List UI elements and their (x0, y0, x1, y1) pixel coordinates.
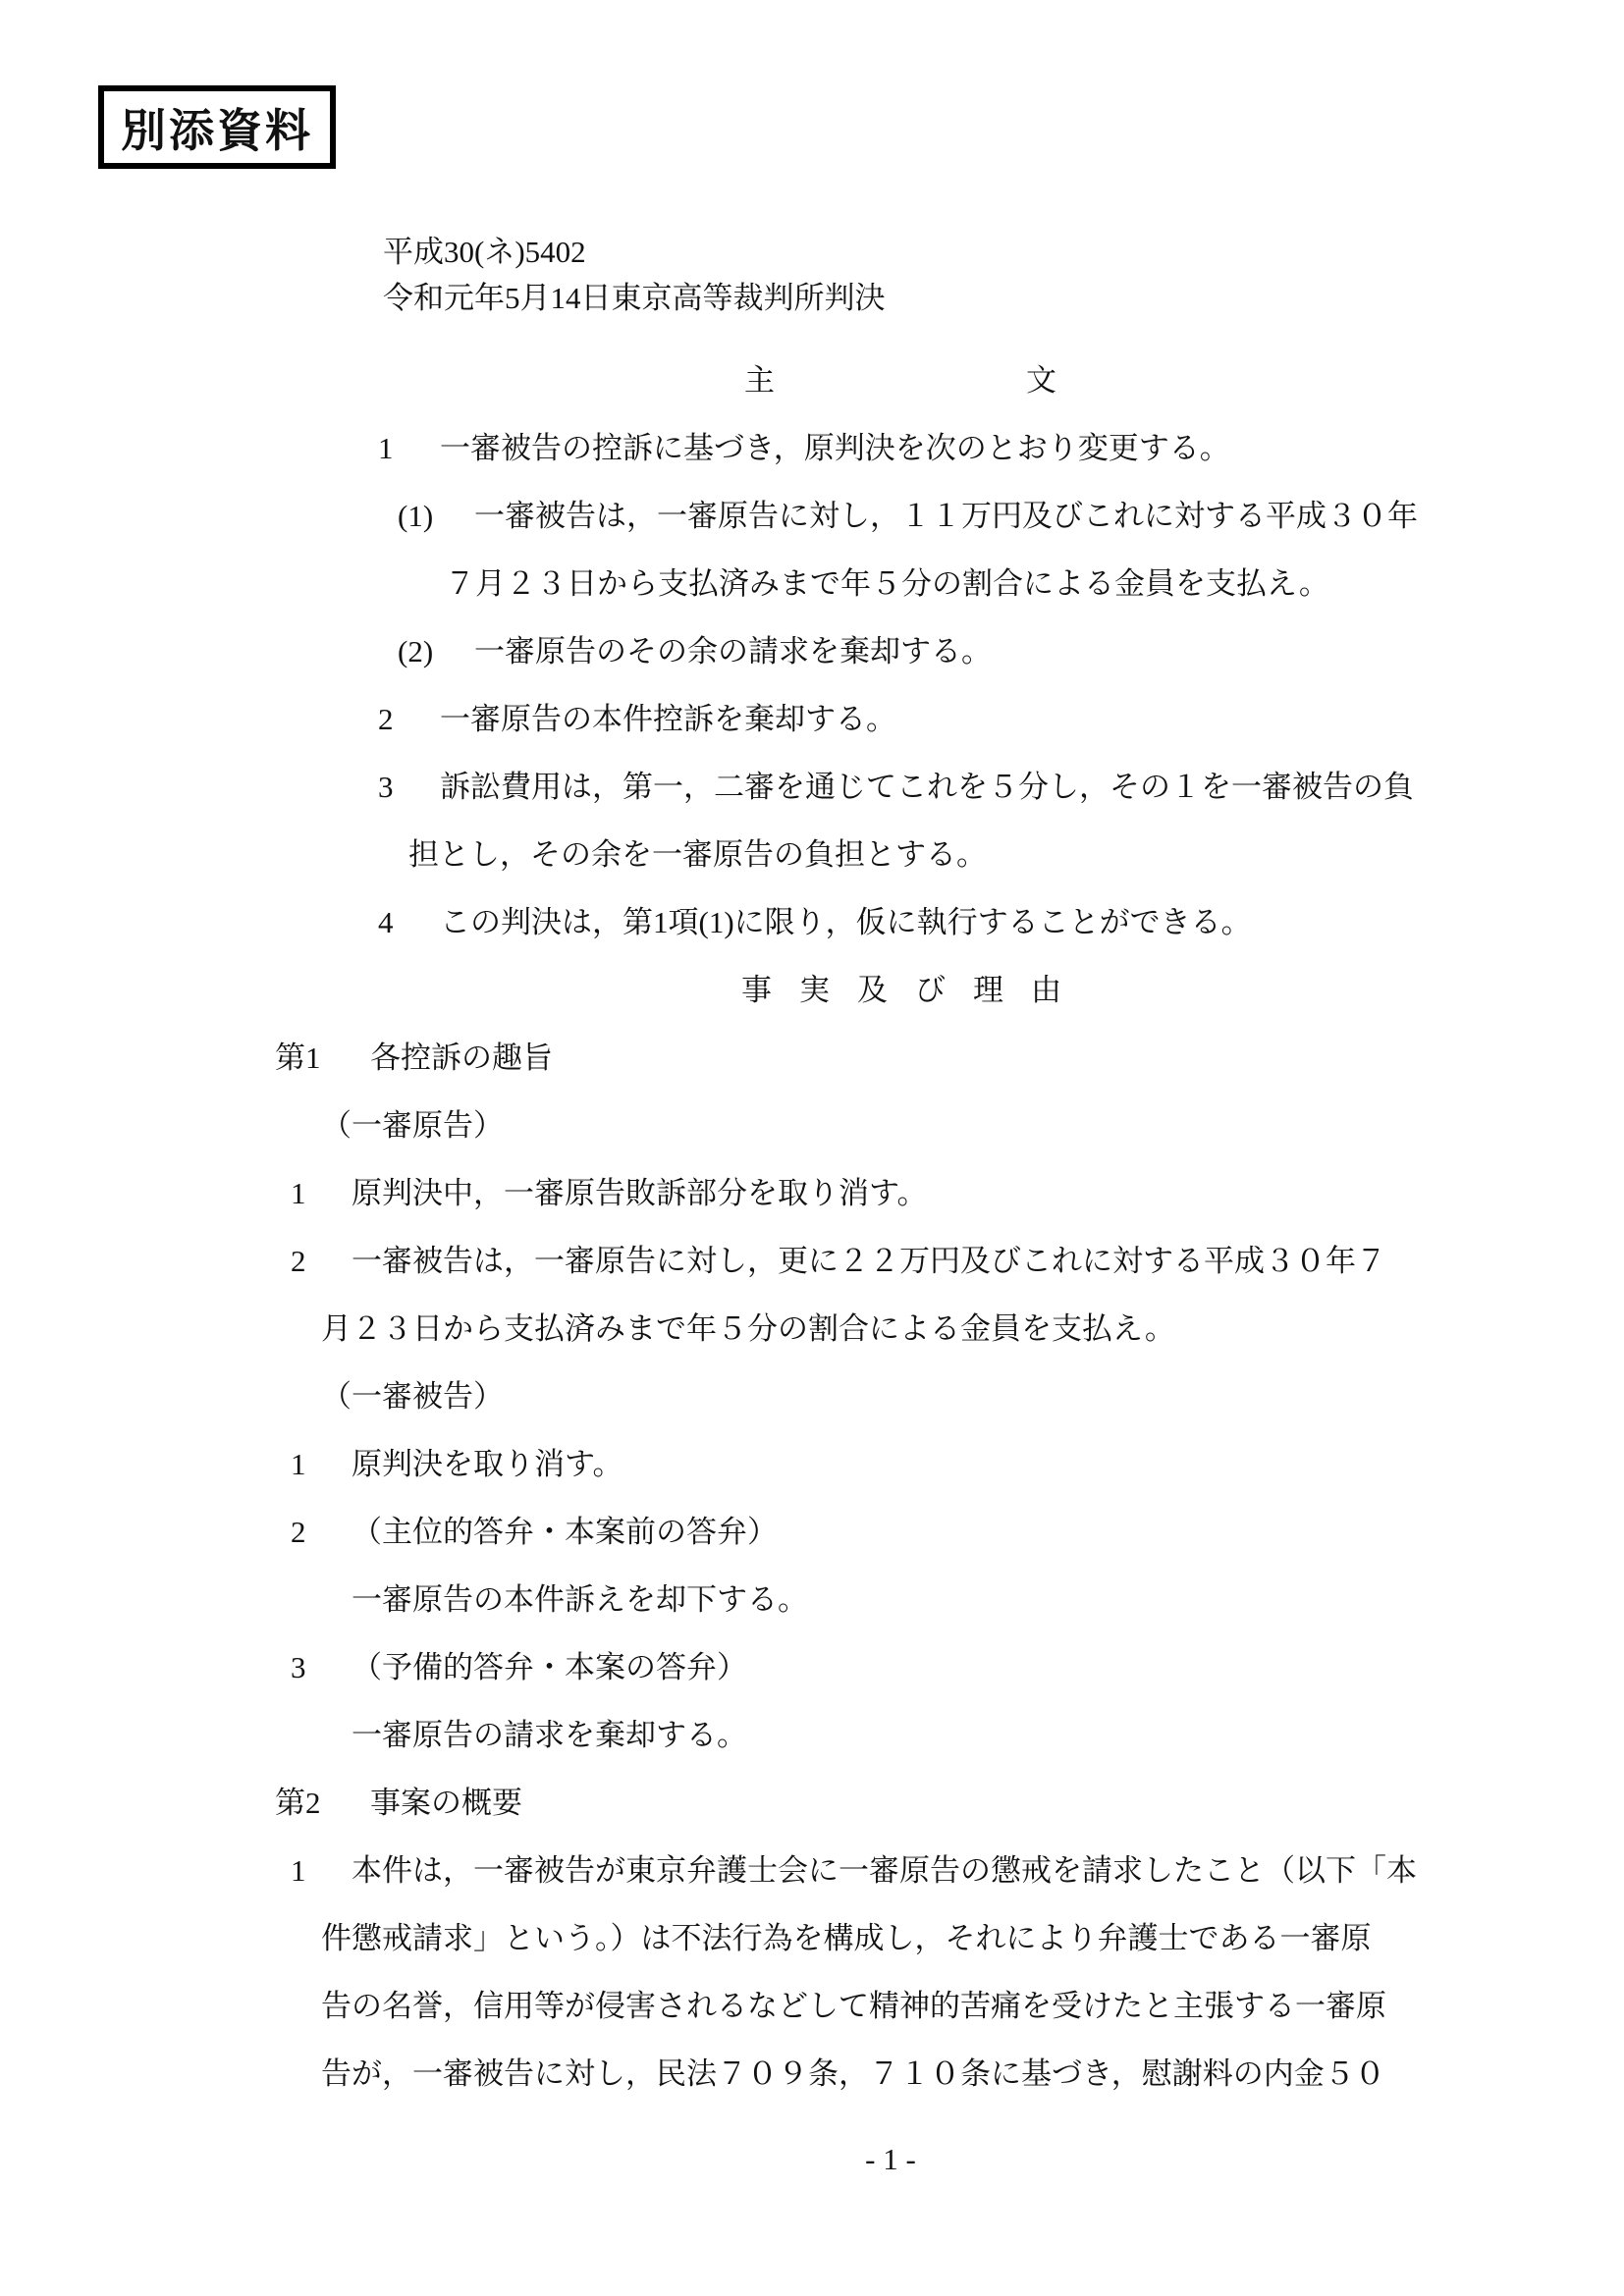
overview-item-1-cont: 告の名誉，信用等が侵害されるなどして精神的苦痛を受けたと主張する一審原 (275, 1972, 1551, 2040)
item-text-continuation: 件懲戒請求」という。）は不法行為を構成し，それにより弁護士である一審原 (321, 1904, 1372, 1972)
item-text: この判決は，第1項(1)に限り，仮に執行することができる。 (440, 888, 1252, 956)
item-text-continuation: 告が，一審被告に対し，民法７０９条，７１０条に基づき，慰謝料の内金５０ (321, 2040, 1385, 2108)
item-text-continuation: ７月２３日から支払済みまで年５分の割合による金員を支払え。 (445, 550, 1329, 617)
item-number: (1) (398, 482, 433, 550)
judgment-date-court: 令和元年5月14日東京高等裁判所判決 (383, 275, 886, 321)
main-text-item-1-1-cont: ７月２３日から支払済みまで年５分の割合による金員を支払え。 (275, 550, 1551, 617)
section-title: 各控訴の趣旨 (370, 1024, 553, 1092)
main-text-item-3-cont: 担とし，その余を一審原告の負担とする。 (275, 821, 1551, 888)
defendant-item-2: 2 （主位的答弁・本案前の答弁） (275, 1498, 1551, 1566)
item-text: 本件は，一審被告が東京弁護士会に一審原告の懲戒を請求したこと（以下「本 (352, 1837, 1417, 1904)
section-2-heading: 第2 事案の概要 (275, 1769, 1551, 1837)
item-text-continuation: 月２３日から支払済みまで年５分の割合による金員を支払え。 (321, 1295, 1175, 1362)
item-number: 1 (291, 1430, 306, 1498)
item-text: （予備的答弁・本案の答弁） (352, 1633, 747, 1701)
defendant-item-3-cont: 一審原告の請求を棄却する。 (275, 1701, 1551, 1769)
item-text: 一審原告のその余の請求を棄却する。 (474, 617, 992, 685)
defendant-item-1: 1 原判決を取り消す。 (275, 1430, 1551, 1498)
attachment-stamp-label: 別添資料 (121, 95, 313, 160)
overview-item-1-cont: 告が，一審被告に対し，民法７０９条，７１０条に基づき，慰謝料の内金５０ (275, 2040, 1551, 2108)
main-text-heading-right: 文 (1026, 347, 1056, 414)
party-header-plaintiff: （一審原告） (275, 1092, 1551, 1159)
item-text-continuation: 一審原告の請求を棄却する。 (352, 1701, 747, 1769)
item-number: (2) (398, 617, 433, 685)
party-header-text: （一審原告） (321, 1092, 504, 1159)
item-text-continuation: 告の名誉，信用等が侵害されるなどして精神的苦痛を受けたと主張する一審原 (321, 1972, 1386, 2040)
judgment-body: 主 文 1 一審被告の控訴に基づき，原判決を次のとおり変更する。 (1) 一審被… (275, 347, 1551, 2108)
item-number: 4 (378, 888, 394, 956)
item-text: 訴訟費用は，第一，二審を通じてこれを５分し，その１を一審被告の負 (440, 753, 1414, 821)
defendant-item-2-cont: 一審原告の本件訴えを却下する。 (275, 1566, 1551, 1633)
item-number: 2 (291, 1498, 306, 1566)
item-number: 2 (291, 1227, 306, 1295)
item-text: 原判決中，一審原告敗訴部分を取り消す。 (352, 1159, 928, 1227)
item-text: （主位的答弁・本案前の答弁） (352, 1498, 778, 1566)
case-number: 平成30(ネ)5402 (383, 229, 886, 275)
plaintiff-item-2: 2 一審被告は，一審原告に対し，更に２２万円及びこれに対する平成３０年７ (275, 1227, 1551, 1295)
item-text: 一審被告は，一審原告に対し，１１万円及びこれに対する平成３０年 (474, 482, 1418, 550)
main-text-item-1: 1 一審被告の控訴に基づき，原判決を次のとおり変更する。 (275, 414, 1551, 482)
item-number: 1 (291, 1159, 306, 1227)
main-text-item-3: 3 訴訟費用は，第一，二審を通じてこれを５分し，その１を一審被告の負 (275, 753, 1551, 821)
main-text-item-1-1: (1) 一審被告は，一審原告に対し，１１万円及びこれに対する平成３０年 (275, 482, 1551, 550)
item-number: 1 (291, 1837, 306, 1904)
item-number: 1 (378, 414, 394, 482)
item-text: 一審原告の本件控訴を棄却する。 (440, 685, 896, 753)
section-label: 第2 (275, 1769, 321, 1837)
section-1-heading: 第1 各控訴の趣旨 (275, 1024, 1551, 1092)
facts-reasons-heading-text: 事実及び理由 (741, 956, 1089, 1024)
overview-item-1: 1 本件は，一審被告が東京弁護士会に一審原告の懲戒を請求したこと（以下「本 (275, 1837, 1551, 1904)
party-header-defendant: （一審被告） (275, 1362, 1551, 1430)
plaintiff-item-2-cont: 月２３日から支払済みまで年５分の割合による金員を支払え。 (275, 1295, 1551, 1362)
main-text-item-2: 2 一審原告の本件控訴を棄却する。 (275, 685, 1551, 753)
judgment-document-page: 別添資料 平成30(ネ)5402 令和元年5月14日東京高等裁判所判決 主 文 … (0, 0, 1624, 2296)
main-text-heading: 主 文 (275, 347, 1551, 414)
main-text-heading-left: 主 (744, 347, 775, 414)
section-label: 第1 (275, 1024, 321, 1092)
attachment-stamp-box: 別添資料 (98, 85, 336, 169)
party-header-text: （一審被告） (321, 1362, 504, 1430)
item-number: 3 (378, 753, 394, 821)
item-text: 原判決を取り消す。 (352, 1430, 623, 1498)
item-number: 3 (291, 1633, 306, 1701)
item-text: 一審被告の控訴に基づき，原判決を次のとおり変更する。 (440, 414, 1230, 482)
case-header: 平成30(ネ)5402 令和元年5月14日東京高等裁判所判決 (383, 229, 886, 321)
facts-reasons-heading: 事実及び理由 (275, 956, 1551, 1024)
item-text-continuation: 一審原告の本件訴えを却下する。 (352, 1566, 808, 1633)
page-number: - 1 - (763, 2140, 1018, 2179)
main-text-item-4: 4 この判決は，第1項(1)に限り，仮に執行することができる。 (275, 888, 1551, 956)
section-title: 事案の概要 (370, 1769, 522, 1837)
overview-item-1-cont: 件懲戒請求」という。）は不法行為を構成し，それにより弁護士である一審原 (275, 1904, 1551, 1972)
plaintiff-item-1: 1 原判決中，一審原告敗訴部分を取り消す。 (275, 1159, 1551, 1227)
item-text: 一審被告は，一審原告に対し，更に２２万円及びこれに対する平成３０年７ (352, 1227, 1386, 1295)
item-number: 2 (378, 685, 394, 753)
main-text-item-1-2: (2) 一審原告のその余の請求を棄却する。 (275, 617, 1551, 685)
defendant-item-3: 3 （予備的答弁・本案の答弁） (275, 1633, 1551, 1701)
item-text-continuation: 担とし，その余を一審原告の負担とする。 (408, 821, 987, 888)
